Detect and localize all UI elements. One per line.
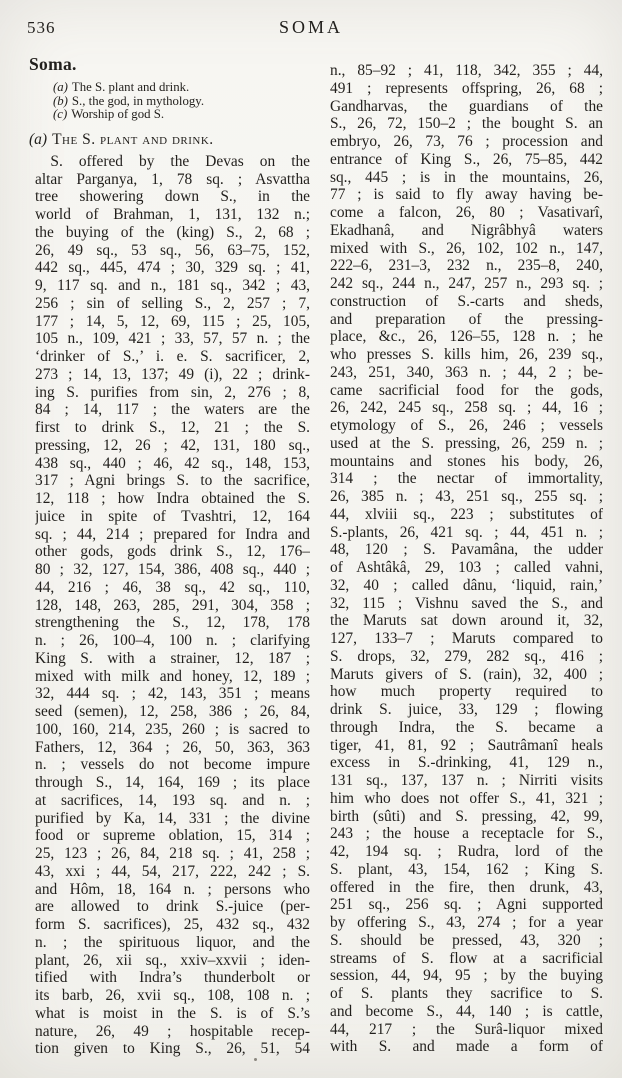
- section-title: The S. plant and drink.: [52, 131, 214, 148]
- text-line: with S. and made a form of: [330, 1038, 603, 1056]
- text-line: altar Parganya, 1, 78 sq. ; Asvattha: [35, 171, 310, 189]
- text-line: 256 ; sin of selling S., 2, 257 ; 7,: [35, 295, 310, 313]
- text-line: 26, 385 n. ; 43, 251 sq., 255 sq. ;: [330, 488, 603, 506]
- section-heading: (a)The S. plant and drink.: [29, 131, 310, 149]
- section-label: (a): [29, 131, 47, 148]
- text-line: Maruts givers of S. (rain), 32, 400 ;: [330, 666, 603, 684]
- text-line: S., 26, 72, 150–2 ; the bought S. an: [330, 115, 603, 133]
- outline-item-b: (b)S., the god, in mythology.: [53, 95, 310, 109]
- text-line: 317 ; Agni brings S. to the sacrifice,: [35, 472, 310, 490]
- text-line: 127, 133–7 ; Maruts compared to: [330, 630, 603, 648]
- outline-label: (c): [53, 107, 67, 121]
- text-line: n., 85–92 ; 41, 118, 342, 355 ; 44,: [330, 62, 603, 80]
- text-line: etymology of S., 26, 246 ; vessels: [330, 417, 603, 435]
- text-line: offered in the fire, then drunk, 43,: [330, 879, 603, 897]
- text-line: through S., 14, 164, 169 ; its place: [35, 774, 310, 792]
- text-line: session, 44, 94, 95 ; by the buying: [330, 967, 603, 985]
- text-line: 48, 120 ; S. Pavamâna, the udder: [330, 541, 603, 559]
- text-line: Ekadhanâ, and Nigrâbhyâ waters: [330, 222, 603, 240]
- text-line: him who does not offer S., 41, 321 ;: [330, 790, 603, 808]
- text-line: S. drops, 32, 279, 282 sq., 416 ;: [330, 648, 603, 666]
- outline-label: (a): [53, 80, 68, 94]
- text-line: embryo, 26, 73, 76 ; procession and: [330, 133, 603, 151]
- text-line: 100, 160, 214, 235, 260 ; is sacred to: [35, 721, 310, 739]
- text-line: S. should be pressed, 43, 320 ;: [330, 932, 603, 950]
- text-line: mixed with milk and honey, 12, 189 ;: [35, 668, 310, 686]
- text-line: tiger, 41, 81, 92 ; Sautrâmanî heals: [330, 737, 603, 755]
- text-line: n. ; vessels do not become impure: [35, 756, 310, 774]
- text-line: what is moist in the S. is of S.’s: [35, 1005, 310, 1023]
- text-line: ing S. purifies from sin, 2, 276 ; 8,: [35, 384, 310, 402]
- outline-text: The S. plant and drink.: [72, 80, 189, 94]
- text-line: tion given to King S., 26, 51, 54: [35, 1040, 310, 1058]
- text-line: 80 ; 32, 127, 154, 386, 408 sq., 440 ;: [35, 561, 310, 579]
- column-right: n., 85–92 ; 41, 118, 342, 355 ; 44,491 ;…: [330, 58, 603, 1056]
- text-line: 26, 242, 245 sq., 258 sq. ; 44, 16 ;: [330, 399, 603, 417]
- text-line: the Maruts sat down around it, 32,: [330, 612, 603, 630]
- text-line: came sacrificial food for the gods,: [330, 382, 603, 400]
- entry-text-left: S. offered by the Devas on thealtar Parg…: [35, 153, 310, 1058]
- text-line: and preparation of the pressing-: [330, 311, 603, 329]
- text-line: 25, 123 ; 26, 84, 218 sq. ; 41, 258 ;: [35, 845, 310, 863]
- text-line: through Indra, the S. became a: [330, 719, 603, 737]
- text-line: its barb, 26, xvii sq., 108, 108 n. ;: [35, 987, 310, 1005]
- text-line: 32, 444 sq. ; 42, 143, 351 ; means: [35, 685, 310, 703]
- text-line: 242 sq., 244 n., 247, 257 n., 293 sq. ;: [330, 275, 603, 293]
- text-line: at sacrifices, 14, 193 sq. and n. ;: [35, 792, 310, 810]
- text-line: S.-plants, 26, 421 sq. ; 44, 451 n. ;: [330, 524, 603, 542]
- text-line: 105 n., 109, 421 ; 33, 57, 57 n. ; the: [35, 330, 310, 348]
- text-line: 9, 117 sq. and n., 181 sq., 342 ; 43,: [35, 277, 310, 295]
- text-line: drink S. juice, 33, 129 ; flowing: [330, 701, 603, 719]
- text-line: plant, 26, xii sq., xxiv–xxvii ; iden-: [35, 952, 310, 970]
- text-line: and Hôm, 18, 164 n. ; persons who: [35, 881, 310, 899]
- text-line: tree showering down S., in the: [35, 188, 310, 206]
- entry-text-right: n., 85–92 ; 41, 118, 342, 355 ; 44,491 ;…: [330, 62, 603, 1056]
- text-line: 131 sq., 137, 137 n. ; Nirriti visits: [330, 772, 603, 790]
- text-line: pressing, 12, 26 ; 42, 131, 180 sq.,: [35, 437, 310, 455]
- text-line: 243 ; the house a receptacle for S.,: [330, 825, 603, 843]
- text-line: 12, 118 ; how Indra obtained the S.: [35, 490, 310, 508]
- text-line: used at the S. pressing, 26, 259 n. ;: [330, 435, 603, 453]
- text-line: 26, 49 sq., 53 sq., 56, 63–75, 152,: [35, 242, 310, 260]
- text-line: 32, 115 ; Vishnu saved the S., and: [330, 595, 603, 613]
- text-line: of S. plants they sacrifice to S.: [330, 985, 603, 1003]
- book-page: 536 SOMA Soma. (a)The S. plant and drink…: [0, 0, 622, 1078]
- text-line: 251 sq., 256 sq. ; Agni supported: [330, 896, 603, 914]
- text-line: King S. with a strainer, 12, 187 ;: [35, 650, 310, 668]
- text-line: how much property required to: [330, 683, 603, 701]
- text-line: 44, 216 ; 46, 38 sq., 42 sq., 110,: [35, 579, 310, 597]
- text-line: seed (semen), 12, 258, 386 ; 26, 84,: [35, 703, 310, 721]
- text-line: of Ashtâkâ, 29, 103 ; called vahni,: [330, 559, 603, 577]
- text-line: nature, 26, 49 ; hospitable recep-: [35, 1023, 310, 1041]
- text-line: entrance of King S., 26, 75–85, 442: [330, 151, 603, 169]
- text-line: 32, 40 ; called dânu, ‘liquid, rain,’: [330, 577, 603, 595]
- text-line: 43, xxi ; 44, 54, 217, 222, 242 ; S.: [35, 863, 310, 881]
- text-line: world of Brahman, 1, 131, 132 n.;: [35, 206, 310, 224]
- text-line: 243, 251, 340, 363 n. ; 44, 2 ; be-: [330, 364, 603, 382]
- text-line: food or supreme oblation, 15, 314 ;: [35, 827, 310, 845]
- entry-headword: Soma.: [29, 54, 310, 75]
- outline-item-a: (a)The S. plant and drink.: [53, 81, 310, 95]
- text-line: 222–6, 231–3, 232 n., 235–8, 240,: [330, 257, 603, 275]
- text-line: 128, 148, 263, 285, 291, 304, 358 ;: [35, 597, 310, 615]
- text-line: S. plant, 43, 154, 162 ; King S.: [330, 861, 603, 879]
- text-line: birth (sûti) and S. pressing, 42, 99,: [330, 808, 603, 826]
- text-line: and become S., 44, 140 ; is cattle,: [330, 1003, 603, 1021]
- text-line: the buying of the (king) S., 2, 68 ;: [35, 224, 310, 242]
- text-line: place, &c., 26, 126–55, 128 n. ; he: [330, 328, 603, 346]
- text-line: n. ; the spirituous liquor, and the: [35, 934, 310, 952]
- text-line: other gods, gods drink S., 12, 176–: [35, 543, 310, 561]
- column-left: Soma. (a)The S. plant and drink. (b)S., …: [29, 54, 310, 1058]
- entry-outline: (a)The S. plant and drink. (b)S., the go…: [53, 81, 310, 122]
- text-line: purified by Ka, 14, 331 ; the divine: [35, 810, 310, 828]
- scan-speck: [254, 1058, 257, 1061]
- text-line: juice in spite of Tvashtri, 12, 164: [35, 508, 310, 526]
- text-line: 273 ; 14, 13, 137; 49 (i), 22 ; drink-: [35, 366, 310, 384]
- text-line: 438 sq., 440 ; 46, 42 sq., 148, 153,: [35, 455, 310, 473]
- text-line: tified with Indra’s thunderbolt or: [35, 969, 310, 987]
- text-line: by offering S., 43, 274 ; for a year: [330, 914, 603, 932]
- text-line: 42, 194 sq. ; Rudra, lord of the: [330, 843, 603, 861]
- text-line: 44, 217 ; the Surâ-liquor mixed: [330, 1021, 603, 1039]
- text-line: first to drink S., 12, 21 ; the S.: [35, 419, 310, 437]
- text-line: n. ; 26, 100–4, 100 n. ; clarifying: [35, 632, 310, 650]
- text-line: mixed with S., 26, 102, 102 n., 147,: [330, 240, 603, 258]
- text-line: sq. ; 44, 214 ; prepared for Indra and: [35, 526, 310, 544]
- text-line: Fathers, 12, 364 ; 26, 50, 363, 363: [35, 739, 310, 757]
- text-line: strengthening the S., 12, 178, 178: [35, 614, 310, 632]
- text-line: come a falcon, 26, 80 ; Vasativarî,: [330, 204, 603, 222]
- outline-text: Worship of god S.: [71, 107, 164, 121]
- text-line: 177 ; 14, 5, 12, 69, 115 ; 25, 105,: [35, 313, 310, 331]
- text-line: Gandharvas, the guardians of the: [330, 98, 603, 116]
- text-line: 77 ; is said to fly away having be-: [330, 186, 603, 204]
- text-line: 491 ; represents offspring, 26, 68 ;: [330, 80, 603, 98]
- text-line: streams of S. flow at a sacrificial: [330, 950, 603, 968]
- text-line: who presses S. kills him, 26, 239 sq.,: [330, 346, 603, 364]
- text-line: form S. sacrifices), 25, 432 sq., 432: [35, 916, 310, 934]
- text-line: sq., 445 ; is in the mountains, 26,: [330, 169, 603, 187]
- outline-label: (b): [53, 94, 68, 108]
- text-line: construction of S.-carts and sheds,: [330, 293, 603, 311]
- outline-text: S., the god, in mythology.: [72, 94, 204, 108]
- text-line: excess in S.-drinking, 41, 129 n.,: [330, 754, 603, 772]
- outline-item-c: (c)Worship of god S.: [53, 108, 310, 122]
- text-line: S. offered by the Devas on the: [35, 153, 310, 171]
- running-title: SOMA: [0, 17, 622, 38]
- text-line: 314 ; the nectar of immortality,: [330, 470, 603, 488]
- text-line: mountains and stones his body, 26,: [330, 453, 603, 471]
- text-line: 442 sq., 445, 474 ; 30, 329 sq. ; 41,: [35, 259, 310, 277]
- text-line: are allowed to drink S.-juice (per-: [35, 898, 310, 916]
- text-line: 44, xlviii sq., 223 ; substitutes of: [330, 506, 603, 524]
- text-line: 84 ; 14, 117 ; the waters are the: [35, 401, 310, 419]
- text-line: ‘drinker of S.,’ i. e. S. sacrificer, 2,: [35, 348, 310, 366]
